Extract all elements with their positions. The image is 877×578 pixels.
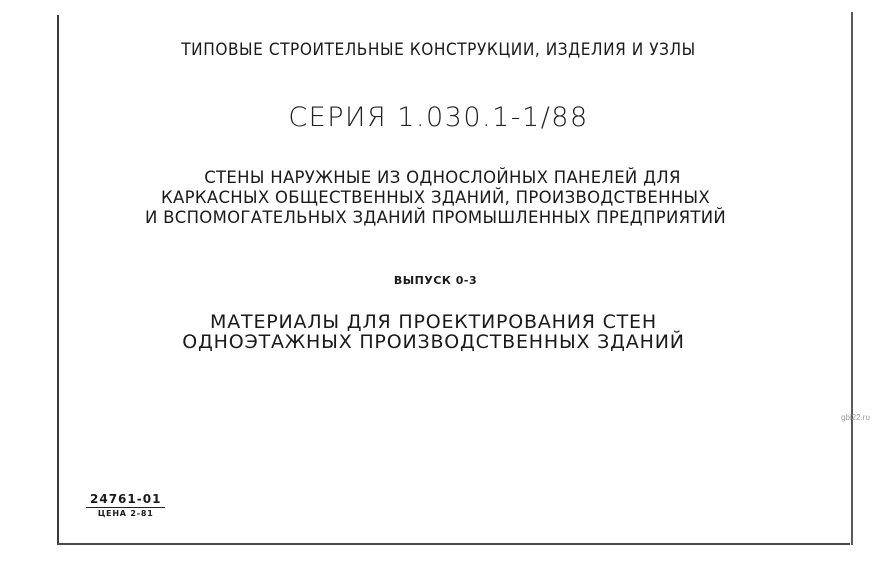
watermark: gbi22.ru <box>841 413 870 422</box>
frame-bottom-border <box>57 543 850 545</box>
title-line-2: КАРКАСНЫХ ОБЩЕСТВЕННЫХ ЗДАНИЙ, ПРОИЗВОДС… <box>0 188 874 207</box>
catalog-code: 24761-01 <box>86 492 165 508</box>
subtitle-line-1: МАТЕРИАЛЫ ДЛЯ ПРОЕКТИРОВАНИЯ СТЕН <box>0 311 872 333</box>
subtitle-line-2: ОДНОЭТАЖНЫХ ПРОИЗВОДСТВЕННЫХ ЗДАНИЙ <box>0 331 872 353</box>
price-label: ЦЕНА 2-81 <box>86 509 165 518</box>
title-line-1: СТЕНЫ НАРУЖНЫЕ ИЗ ОДНОСЛОЙНЫХ ПАНЕЛЕЙ ДЛ… <box>4 168 877 187</box>
series-number: СЕРИЯ 1.030.1-1/88 <box>0 102 877 133</box>
catalog-stamp: 24761-01 ЦЕНА 2-81 <box>86 492 165 518</box>
issue-label: ВЫПУСК 0-3 <box>0 274 874 287</box>
title-line-3: И ВСПОМОГАТЕЛЬНЫХ ЗДАНИЙ ПРОМЫШЛЕННЫХ ПР… <box>0 208 874 227</box>
document-header: ТИПОВЫЕ СТРОИТЕЛЬНЫЕ КОНСТРУКЦИИ, ИЗДЕЛИ… <box>31 40 847 59</box>
